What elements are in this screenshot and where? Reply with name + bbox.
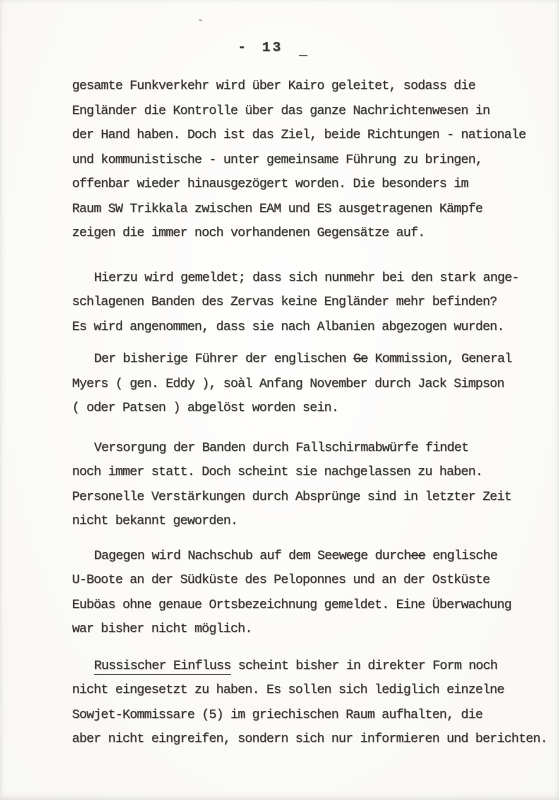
text-segment: Kommission, General [368, 351, 512, 366]
text-segment: scheint bisher in direkter Form noch [231, 658, 497, 673]
text-line: nicht eingesetzt zu haben. Es sollen sic… [72, 678, 549, 703]
text-line: Hierzu wird gemeldet; dass sich nunmehr … [72, 266, 549, 291]
text-line: offenbar wieder hinausgezögert worden. D… [72, 172, 549, 197]
text-segment: Der bisherige Führer der englischen [94, 351, 353, 366]
paragraph-5: Dagegen wird Nachschub auf dem Seewege d… [72, 544, 549, 642]
text-line: Euböas ohne genaue Ortsbezeichnung gemel… [72, 593, 549, 618]
text-segment: Dagegen wird Nachschub auf dem Seewege d… [94, 548, 411, 563]
text-line: war bisher nicht möglich. [72, 617, 549, 642]
paragraph-2: Hierzu wird gemeldet; dass sich nunmehr … [72, 266, 549, 340]
text-line: Es wird angenommen, dass sie nach Albani… [72, 315, 549, 340]
text-line: Dagegen wird Nachschub auf dem Seewege d… [72, 544, 549, 569]
text-segment: englische [425, 548, 497, 563]
text-line: Personelle Verstärkungen durch Absprünge… [72, 485, 549, 510]
text-line: Der bisherige Führer der englischen Ge K… [72, 347, 549, 372]
text-line: U-Boote an der Südküste des Peloponnes u… [72, 568, 549, 593]
overstrike-mark: - [197, 15, 206, 27]
text-line: Sowjet-Kommissare (5) im griechischen Ra… [72, 703, 549, 728]
paragraph-3: Der bisherige Führer der englischen Ge K… [72, 347, 549, 421]
text-line: der Hand haben. Doch ist das Ziel, beide… [72, 123, 549, 148]
text-line: nicht bekannt geworden. [72, 509, 549, 534]
paragraph-4: Versorgung der Banden durch Fallschirmab… [72, 436, 549, 534]
struck-text: Ge [353, 351, 367, 366]
page-number: --13_ [196, 24, 309, 72]
text-line: Russischer Einfluss scheint bisher in di… [72, 654, 549, 679]
page-number-right-dash: _ [299, 43, 309, 59]
document-page: --13_ gesamte Funkverkehr wird über Kair… [0, 0, 559, 800]
text-line: gesamte Funkverkehr wird über Kairo gele… [72, 74, 549, 99]
text-line: noch immer statt. Doch scheint sie nachg… [72, 460, 549, 485]
struck-text: ee [411, 548, 425, 563]
page-number-left-dash: - [238, 40, 248, 56]
text-line: zeigen die immer noch vorhandenen Gegens… [72, 221, 549, 246]
text-line: Myers ( gen. Eddy ), soàl Anfang Novembe… [72, 372, 549, 397]
text-line: Raum SW Trikkala zwischen EAM und ES aus… [72, 197, 549, 222]
text-line: Versorgung der Banden durch Fallschirmab… [72, 436, 549, 461]
text-line: und kommunistische - unter gemeinsame Fü… [72, 148, 549, 173]
document-body: gesamte Funkverkehr wird über Kairo gele… [72, 74, 549, 752]
underlined-heading: Russischer Einfluss [94, 658, 231, 675]
text-line: aber nicht eingreifen, sondern sich nur … [72, 727, 549, 752]
paragraph-6: Russischer Einfluss scheint bisher in di… [72, 654, 549, 752]
text-line: ( oder Patsen ) abgelöst worden sein. [72, 396, 549, 421]
text-line: schlagenen Banden des Zervas keine Englä… [72, 290, 549, 315]
paragraph-1: gesamte Funkverkehr wird über Kairo gele… [72, 74, 549, 246]
text-line: Engländer die Kontrolle über das ganze N… [72, 99, 549, 124]
page-number-value: 13 [262, 40, 283, 56]
